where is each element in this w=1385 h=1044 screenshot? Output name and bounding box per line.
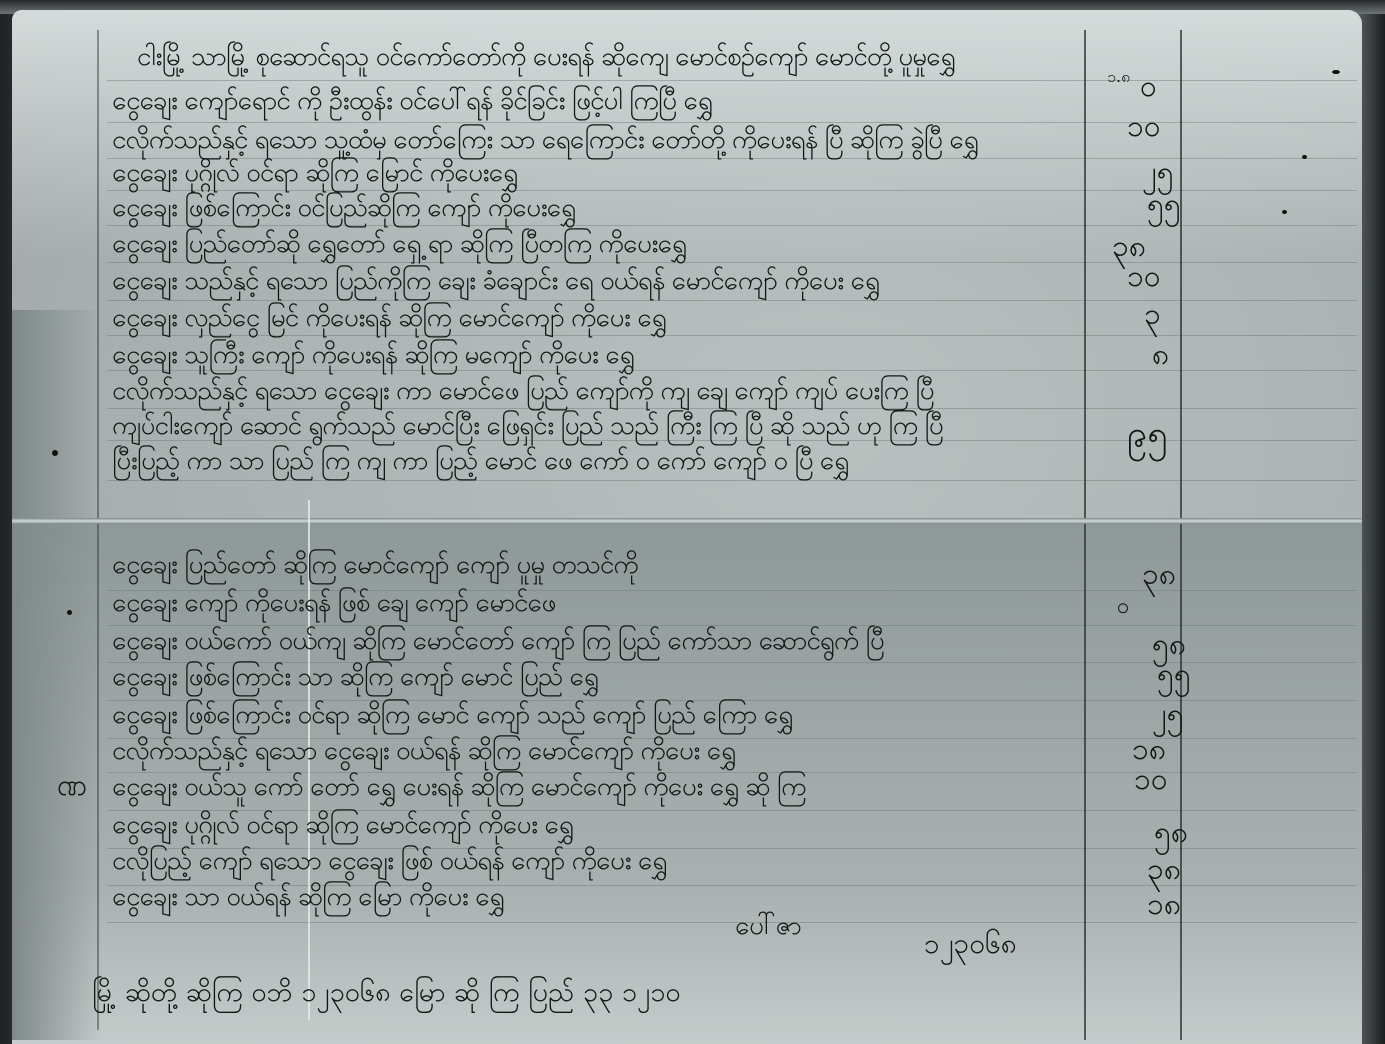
text-line-upper-8: ငွေချေး လှည်ငွေ မြင် ကိုပေးရန် ဆိုကြ မော…	[112, 303, 666, 333]
footer-line: မြို့ ဆိုတို့ ဆိုကြ ဝဘိ ၁၂၃၀၆၈ မြော ဆို …	[92, 975, 681, 1015]
text-line-lower-1: ငွေချေး ပြည်တော် ဆိုကြ မောင်ကျော် ကျော် …	[112, 550, 638, 580]
margin-number: ၅၅	[1147, 190, 1181, 220]
margin-number: ၂၅	[1142, 158, 1174, 188]
margin-number: ၁.၈	[1107, 62, 1130, 92]
margin-number: ၃၈	[1142, 560, 1176, 590]
text-line-lower-10: ငွေချေး သာ ဝယ်ရန် ဆိုကြ မြော ကိုပေး ရွှေ	[112, 882, 504, 912]
text-line-lower-3: ငွေချေး ဝယ်ကော် ဝယ်ကျ ဆိုကြ မောင်တော် ကျ…	[112, 626, 884, 656]
ruled-line	[107, 335, 1357, 336]
margin-number: ၁၀	[1127, 262, 1161, 292]
text-line-upper-12: ပြီးပြည့် ကာ သာ ပြည် ကြ ကျ ကာ ပြည့် မောင…	[112, 446, 848, 476]
ruled-line	[107, 408, 1357, 409]
margin-number: ၅၈	[1154, 818, 1188, 848]
speck	[1332, 70, 1340, 74]
speck	[67, 610, 72, 615]
page-left-shade	[12, 310, 102, 1040]
ruled-line	[107, 300, 1357, 301]
manuscript-page: ငါးမြို့ သာမြို့ စုဆောင်ရသူ ဝင်ကော်တော်က…	[12, 10, 1362, 1044]
text-line-upper-3: ငလိုက်သည်နှင့် ရသော သူ့ထံမှ တော်ကြေး သာ …	[112, 125, 978, 155]
text-line-lower-5: ငွေချေး ဖြစ်ကြောင်း ဝင်ရာ ဆိုကြ မောင် ကျ…	[112, 700, 792, 730]
text-line-upper-5: ငွေချေး ဖြစ်ကြောင်း ဝင်ပြည်ဆိုကြ ကျော် က…	[112, 193, 575, 223]
text-line-lower-4: ငွေချေး ဖြစ်ကြောင်း သာ ဆိုကြ ကျော် မောင်…	[112, 662, 598, 692]
ruled-line	[107, 225, 1357, 226]
total-amount: ၁၂၃၀၆၈	[924, 925, 1017, 967]
text-line-upper-11: ကျပ်ငါးကျော် ဆောင် ရွက်သည် မောင်ပြီး ဖြေ…	[112, 411, 943, 441]
text-line-upper-2: ငွေချေး ကျော်ရောင် ကို ဦးထွန်း ဝင်ပေါ်ရန…	[112, 86, 712, 116]
left-margin-mark: ဏ	[57, 765, 87, 810]
ruled-line	[107, 480, 1357, 481]
text-line-lower-8: ငွေချေး ပုဂ္ဂိုလ် ဝင်ရာ ဆိုကြ မောင်ကျော်…	[112, 810, 573, 840]
margin-number: ၈	[1152, 340, 1169, 370]
speck	[1302, 155, 1307, 159]
page-fold	[12, 518, 1362, 524]
margin-number: ၃၈	[1112, 232, 1146, 262]
text-line-lower-6: ငလိုက်သည်နှင့် ရသော ငွေချေး ဝယ်ရန် ဆိုကြ…	[112, 736, 735, 766]
text-line-upper-6: ငွေချေး ပြည်တော်ဆို ရွှေတော် ရှေ့ ရာ ဆို…	[112, 229, 686, 259]
text-line-upper-7: ငွေချေး သည်နှင့် ရသော ပြည်ကိုကြ ချေး ခံခ…	[112, 266, 879, 296]
text-line-lower-9: ငလိုပြည့် ကျော် ရသော ငွေချေး ဖြစ် ဝယ်ရန်…	[112, 846, 666, 876]
ruled-line	[107, 80, 1357, 81]
speck	[52, 450, 58, 456]
margin-number: ၂၅	[1152, 700, 1184, 730]
text-line-upper-9: ငွေချေး သူကြီး ကျော် ကိုပေးရန် ဆိုကြ မကျ…	[112, 340, 634, 370]
ruled-line	[107, 922, 1357, 923]
left-margin-line	[97, 30, 99, 1030]
text-line-upper-10: ငလိုက်သည်နှင့် ရသော ငွေချေး ကာ မောင်ဖေ ပ…	[112, 376, 934, 406]
text-line-lower-7: ငွေချေး ဝယ်သူ ကော် တော် ရွှေ ပေးရန် ဆိုက…	[112, 772, 806, 802]
margin-number: ၃	[1144, 300, 1161, 330]
text-line-lower-2: ငွေချေး ကျော် ကိုပေးရန် ဖြစ် ချေ ကျော် မ…	[112, 588, 555, 618]
margin-number: ၁၈	[1132, 735, 1166, 765]
speck	[1282, 210, 1287, 214]
margin-number: ၅၅	[1157, 660, 1191, 690]
margin-number: ၀	[1117, 592, 1129, 622]
margin-number: ၃၈	[1147, 855, 1181, 885]
ruled-line	[107, 370, 1357, 371]
margin-number: ၉၅	[1127, 420, 1168, 450]
text-line-upper-1: ငါးမြို့ သာမြို့ စုဆောင်ရသူ ဝင်ကော်တော်က…	[137, 42, 955, 72]
signature: ပေါ်ဇာ	[735, 908, 802, 947]
margin-number: ၁၀	[1134, 765, 1168, 795]
margin-number: ၁၈	[1147, 890, 1181, 920]
ruled-line	[107, 122, 1357, 123]
ruled-line	[107, 262, 1357, 263]
text-line-upper-4: ငွေချေး ပုဂ္ဂိုလ် ဝင်ရာ ဆိုကြ မြောင် ကို…	[112, 158, 517, 188]
margin-number: ၀	[1140, 72, 1157, 102]
margin-number: ၁၀	[1127, 112, 1161, 142]
margin-number: ၅၈	[1152, 630, 1186, 660]
number-column-left-line	[1084, 30, 1086, 1040]
